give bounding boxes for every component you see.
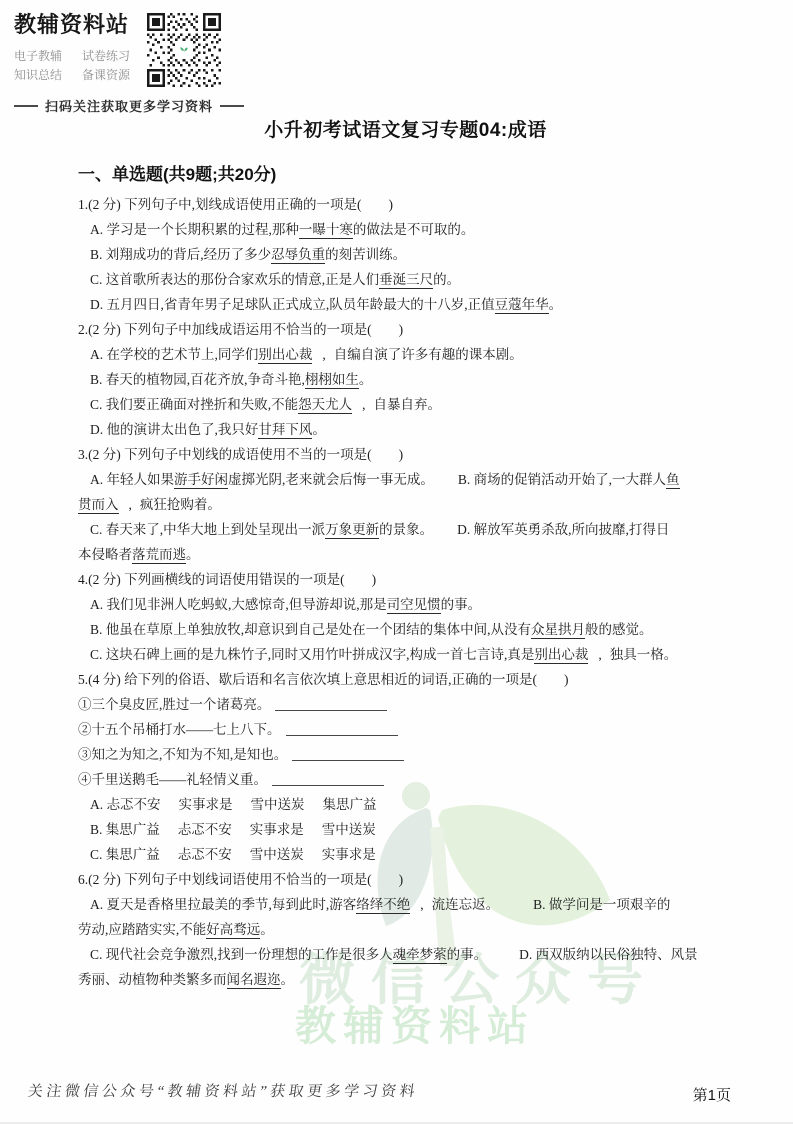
question-line: 3.(2 分) 下列句子中划线的成语使用不当的一项是( ) — [78, 442, 733, 467]
text-segment: 流连忘返。 — [432, 897, 500, 912]
underlined-idiom: 别出心裁 — [534, 647, 588, 664]
brand-tag: 备课资源 — [82, 66, 136, 85]
text-segment: 独具一格。 — [610, 647, 678, 662]
inline-gap — [161, 805, 179, 806]
text-segment: ③知之为知之,不知为不知,是知也。 — [78, 747, 287, 762]
watermark-text-line2: 教辅资料站 — [295, 993, 535, 1052]
inline-gap — [233, 805, 251, 806]
inline-gap — [366, 405, 374, 406]
text-segment: A. 学习是一个长期积累的过程,那种 — [90, 222, 299, 237]
answer-blank — [286, 721, 398, 736]
underlined-idiom: 落荒而逃 — [132, 547, 186, 564]
text-segment: 劳动,应踏踏实实,不能 — [78, 922, 206, 937]
page-number: 第1页 — [693, 1084, 731, 1105]
section-heading: 一、单选题(共9题;共20分) — [78, 162, 733, 190]
answer-blank — [292, 746, 404, 761]
brand-tag: 试卷练习 — [82, 47, 136, 66]
qr-code-icon — [147, 13, 221, 87]
option-line: A. 忐忑不安实事求是雪中送炭集思广益 — [78, 792, 733, 817]
brand-tags: 电子教辅 试卷练习 知识总结 备课资源 — [14, 47, 136, 85]
text-segment: D. 他的演讲太出色了,我只好 — [90, 422, 258, 437]
option-line: C. 春天来了,中华大地上到处呈现出一派万象更新的景象。D. 解放军英勇杀敌,所… — [78, 517, 733, 542]
brand-tag: 电子教辅 — [14, 47, 68, 66]
inline-gap — [434, 480, 458, 481]
text-segment: 自暴自弃。 — [374, 397, 442, 412]
underlined-idiom: 贯而入 — [78, 497, 119, 514]
underlined-idiom: 别出心裁 — [258, 347, 312, 364]
text-segment: 1.(2 分) 下列句子中,划线成语使用正确的一项是( ) — [78, 197, 393, 212]
text-segment: 的做法是不可取的。 — [353, 222, 475, 237]
text-segment: A. 夏天是香格里拉最美的季节,每到此时,游客 — [90, 897, 356, 912]
inline-gap — [119, 505, 129, 506]
underlined-idiom: 游手好闲 — [174, 472, 228, 489]
text-segment: B. 做学问是一项艰辛的 — [533, 897, 670, 912]
text-segment: B. 刘翔成功的背后,经历了多少 — [90, 247, 271, 262]
text-segment: 的刻苦训练。 — [325, 247, 406, 262]
text-segment: 集思广益 — [323, 797, 377, 812]
text-segment: 6.(2 分) 下列句子中划线词语使用不恰当的一项是( ) — [78, 872, 403, 887]
underlined-idiom: 魂牵梦萦 — [393, 947, 447, 964]
option-line: B. 刘翔成功的背后,经历了多少忍辱负重的刻苦训练。 — [78, 242, 733, 267]
underlined-idiom: 甘拜下风 — [258, 422, 312, 439]
inline-gap — [132, 505, 140, 506]
option-line: A. 学习是一个长期积累的过程,那种一曝十寒的做法是不可取的。 — [78, 217, 733, 242]
question-line: 1.(2 分) 下列句子中,划线成语使用正确的一项是( ) — [78, 192, 733, 217]
option-line: A. 在学校的艺术节上,同学们别出心裁,自编自演了许多有趣的课本剧。 — [78, 342, 733, 367]
text-segment: 2.(2 分) 下列句子中加线成语运用不恰当的一项是( ) — [78, 322, 403, 337]
underlined-idiom: 闻名遐迩 — [227, 972, 281, 989]
text-segment: ①三个臭皮匠,胜过一个诸葛亮。 — [78, 697, 270, 712]
text-segment: 雪中送炭 — [250, 847, 304, 862]
text-segment: B. 商场的促销活动开始了,一大群人 — [458, 472, 666, 487]
underlined-idiom: 一曝十寒 — [299, 222, 353, 239]
text-segment: 雪中送炭 — [251, 797, 305, 812]
text-segment: B. 春天的植物园,百花齐放,争奇斗艳, — [90, 372, 305, 387]
text-segment: 的。 — [433, 272, 460, 287]
question-line: ①三个臭皮匠,胜过一个诸葛亮。 — [78, 692, 733, 717]
underlined-idiom: 豆蔻年华 — [495, 297, 549, 314]
text-segment: 实事求是 — [179, 797, 233, 812]
inline-gap — [304, 855, 322, 856]
wrapped-line: 劳动,应踏踏实实,不能好高骛远。 — [78, 917, 733, 942]
inline-gap — [160, 830, 178, 831]
text-segment: ②十五个吊桶打水——七上八下。 — [78, 722, 281, 737]
text-segment: 的事。 — [441, 597, 482, 612]
inline-gap — [602, 655, 610, 656]
option-line: C. 这块石碑上画的是九株竹子,同时又用竹叶拼成汉字,构成一首七言诗,真是别出心… — [78, 642, 733, 667]
text-segment: C. 春天来了,中华大地上到处呈现出一派 — [90, 522, 325, 537]
text-segment: 。 — [186, 547, 200, 562]
underlined-idiom: 好高骛远 — [206, 922, 260, 939]
text-segment: 实事求是 — [322, 847, 376, 862]
text-segment: C. 这首歌所表达的那份合家欢乐的情意,正是人们 — [90, 272, 379, 287]
text-segment: 的事。 — [447, 947, 488, 962]
text-segment: 自编自演了许多有趣的课本剧。 — [334, 347, 523, 362]
underlined-idiom: 鱼 — [666, 472, 680, 489]
text-segment: 忐忑不安 — [178, 822, 232, 837]
text-segment: 忐忑不安 — [178, 847, 232, 862]
underlined-idiom: 忍辱负重 — [271, 247, 325, 264]
inline-gap — [304, 830, 322, 831]
option-line: D. 他的演讲太出色了,我只好甘拜下风。 — [78, 417, 733, 442]
text-segment: 实事求是 — [250, 822, 304, 837]
divider-line — [14, 105, 38, 107]
underlined-idiom: 司空见惯 — [387, 597, 441, 614]
underlined-idiom: 栩栩如生 — [305, 372, 359, 389]
wrapped-line: 秀丽、动植物种类繁多而闻名遐迩。 — [78, 967, 733, 992]
text-segment: ④千里送鹅毛——礼轻情义重。 — [78, 772, 267, 787]
option-line: A. 夏天是香格里拉最美的季节,每到此时,游客络绎不绝,流连忘返。B. 做学问是… — [78, 892, 733, 917]
inline-gap — [588, 655, 598, 656]
text-segment: C. 现代社会竞争激烈,找到一份理想的工作是很多人 — [90, 947, 393, 962]
footer-note: 关注微信公众号“教辅资料站”获取更多学习资料 — [27, 1080, 420, 1101]
inline-gap — [232, 855, 250, 856]
text-segment: A. 忐忑不安 — [90, 797, 161, 812]
text-segment: 秀丽、动植物种类繁多而 — [78, 972, 227, 987]
slogan-text: 扫码关注获取更多学习资料 — [45, 96, 213, 115]
answer-blank — [272, 771, 384, 786]
inline-gap — [232, 830, 250, 831]
brand-tag: 知识总结 — [14, 66, 68, 85]
text-segment: 般的感觉。 — [585, 622, 653, 637]
text-segment: 。 — [260, 922, 274, 937]
text-segment: C. 集思广益 — [90, 847, 160, 862]
underlined-idiom: 万象更新 — [325, 522, 379, 539]
text-segment: 。 — [549, 297, 563, 312]
option-line: B. 集思广益忐忑不安实事求是雪中送炭 — [78, 817, 733, 842]
text-segment: 。 — [312, 422, 326, 437]
inline-gap — [424, 905, 432, 906]
inline-gap — [433, 530, 457, 531]
document-page: 微信公众号 教辅资料站 教辅资料站 电子教辅 试卷练习 知识总结 备课资源 — [0, 0, 793, 1124]
wrapped-line: 贯而入,疯狂抢购着。 — [78, 492, 733, 517]
text-segment: 4.(2 分) 下列画横线的词语使用错误的一项是( ) — [78, 572, 376, 587]
underlined-idiom: 众星拱月 — [531, 622, 585, 639]
text-segment: D. 西双版纳以民俗独特、风景 — [519, 947, 698, 962]
text-segment: C. 我们要正确面对挫折和失败,不能 — [90, 397, 298, 412]
question-line: ④千里送鹅毛——礼轻情义重。 — [78, 767, 733, 792]
text-segment: 虚掷光阴,老来就会后悔一事无成。 — [228, 472, 434, 487]
option-line: C. 我们要正确面对挫折和失败,不能怨天尤人,自暴自弃。 — [78, 392, 733, 417]
header-slogan: 扫码关注获取更多学习资料 — [14, 96, 244, 115]
option-line: C. 现代社会竞争激烈,找到一份理想的工作是很多人魂牵梦萦的事。D. 西双版纳以… — [78, 942, 733, 967]
underlined-idiom: 怨天尤人 — [298, 397, 352, 414]
question-line: 6.(2 分) 下列句子中划线词语使用不恰当的一项是( ) — [78, 867, 733, 892]
text-segment: A. 在学校的艺术节上,同学们 — [90, 347, 258, 362]
text-segment: A. 年轻人如果 — [90, 472, 174, 487]
inline-gap — [410, 905, 420, 906]
text-segment: D. 解放军英勇杀敌,所向披靡,打得日 — [457, 522, 669, 537]
header: 教辅资料站 电子教辅 试卷练习 知识总结 备课资源 — [14, 12, 244, 115]
text-segment: A. 我们见非洲人吃蚂蚁,大感惊奇,但导游却说,那是 — [90, 597, 387, 612]
question-line: ②十五个吊桶打水——七上八下。 — [78, 717, 733, 742]
text-segment: 。 — [281, 972, 295, 987]
option-line: C. 这首歌所表达的那份合家欢乐的情意,正是人们垂涎三尺的。 — [78, 267, 733, 292]
option-line: B. 他虽在草原上单独放牧,却意识到自己是处在一个团结的集体中间,从没有众星拱月… — [78, 617, 733, 642]
inline-gap — [326, 355, 334, 356]
inline-gap — [352, 405, 362, 406]
inline-gap — [312, 355, 322, 356]
page-title: 小升初考试语文复习专题04:成语 — [78, 118, 733, 148]
underlined-idiom: 络绎不绝 — [356, 897, 410, 914]
question-line: ③知之为知之,不知为不知,是知也。 — [78, 742, 733, 767]
text-segment: C. 这块石碑上画的是九株竹子,同时又用竹叶拼成汉字,构成一首七言诗,真是 — [90, 647, 534, 662]
option-line: A. 年轻人如果游手好闲虚掷光阴,老来就会后悔一事无成。B. 商场的促销活动开始… — [78, 467, 733, 492]
question-line: 2.(2 分) 下列句子中加线成语运用不恰当的一项是( ) — [78, 317, 733, 342]
text-segment: 疯狂抢购着。 — [140, 497, 221, 512]
text-segment: 3.(2 分) 下列句子中划线的成语使用不当的一项是( ) — [78, 447, 403, 462]
answer-blank — [275, 696, 387, 711]
inline-gap — [487, 955, 519, 956]
text-segment: D. 五月四日,省青年男子足球队正式成立,队员年龄最大的十八岁,正值 — [90, 297, 495, 312]
text-segment: 本侵略者 — [78, 547, 132, 562]
text-segment: 5.(4 分) 给下列的俗语、歇后语和名言依次填上意思相近的词语,正确的一项是(… — [78, 672, 568, 687]
wrapped-line: 本侵略者落荒而逃。 — [78, 542, 733, 567]
text-segment: B. 他虽在草原上单独放牧,却意识到自己是处在一个团结的集体中间,从没有 — [90, 622, 531, 637]
question-lines: 1.(2 分) 下列句子中,划线成语使用正确的一项是( )A. 学习是一个长期积… — [78, 192, 733, 992]
option-line: D. 五月四日,省青年男子足球队正式成立,队员年龄最大的十八岁,正值豆蔻年华。 — [78, 292, 733, 317]
inline-gap — [160, 855, 178, 856]
text-segment: B. 集思广益 — [90, 822, 160, 837]
question-line: 5.(4 分) 给下列的俗语、歇后语和名言依次填上意思相近的词语,正确的一项是(… — [78, 667, 733, 692]
option-line: B. 春天的植物园,百花齐放,争奇斗艳,栩栩如生。 — [78, 367, 733, 392]
text-segment: 雪中送炭 — [322, 822, 376, 837]
option-line: A. 我们见非洲人吃蚂蚁,大感惊奇,但导游却说,那是司空见惯的事。 — [78, 592, 733, 617]
option-line: C. 集思广益忐忑不安雪中送炭实事求是 — [78, 842, 733, 867]
text-segment: 的景象。 — [379, 522, 433, 537]
inline-gap — [499, 905, 533, 906]
text-segment: 。 — [359, 372, 373, 387]
question-line: 4.(2 分) 下列画横线的词语使用错误的一项是( ) — [78, 567, 733, 592]
document-content: 小升初考试语文复习专题04:成语 一、单选题(共9题;共20分) 1.(2 分)… — [78, 118, 733, 992]
inline-gap — [305, 805, 323, 806]
brand-title: 教辅资料站 — [14, 12, 136, 38]
underlined-idiom: 垂涎三尺 — [379, 272, 433, 289]
divider-line — [220, 105, 244, 107]
